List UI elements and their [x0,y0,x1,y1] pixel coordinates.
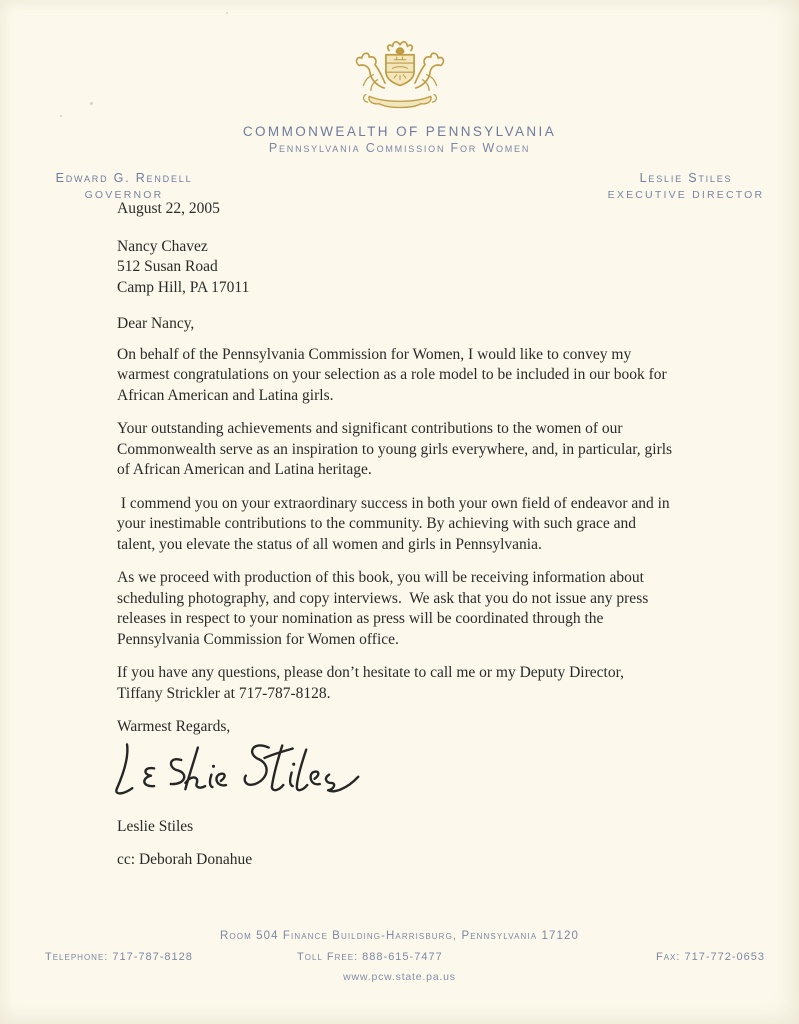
executive-director-block: Leslie Stiles EXECUTIVE DIRECTOR [586,171,786,201]
org-name: COMMONWEALTH OF PENNSYLVANIA [0,124,799,139]
recipient-address: Nancy Chavez 512 Susan Road Camp Hill, P… [117,237,777,299]
governor-name: Edward G. Rendell [24,171,224,185]
salutation: Dear Nancy, [117,314,777,335]
scan-speck [60,115,62,117]
paragraph-2: Your outstanding achievements and signif… [117,419,777,481]
paragraph-3: I commend you on your extraordinary succ… [117,494,777,556]
footer-address: Room 504 Finance Building-Harrisburg, Pe… [0,930,799,942]
cc-line: cc: Deborah Donahue [117,850,777,871]
scan-speck [90,102,93,105]
paragraph-5: If you have any questions, please don’t … [117,663,777,704]
footer-telephone: Telephone: 717-787-8128 [45,951,193,963]
letter-date: August 22, 2005 [117,199,777,220]
footer-tollfree: Toll Free: 888-615-7477 [297,951,443,963]
signer-name: Leslie Stiles [117,817,777,838]
scan-speck [226,12,228,14]
pennsylvania-coat-of-arms-icon [346,36,454,120]
footer-fax: Fax: 717-772-0653 [656,951,765,963]
letter-page: COMMONWEALTH OF PENNSYLVANIA Pennsylvani… [0,0,799,1024]
governor-block: Edward G. Rendell GOVERNOR [24,171,224,201]
letter-body: August 22, 2005 Nancy Chavez 512 Susan R… [117,199,777,870]
paragraph-1: On behalf of the Pennsylvania Commission… [117,345,777,407]
director-name: Leslie Stiles [586,171,786,185]
paragraph-4: As we proceed with production of this bo… [117,568,777,650]
footer-website: www.pcw.state.pa.us [0,971,799,983]
signature-handwriting [110,734,777,816]
org-division: Pennsylvania Commission For Women [0,141,799,155]
